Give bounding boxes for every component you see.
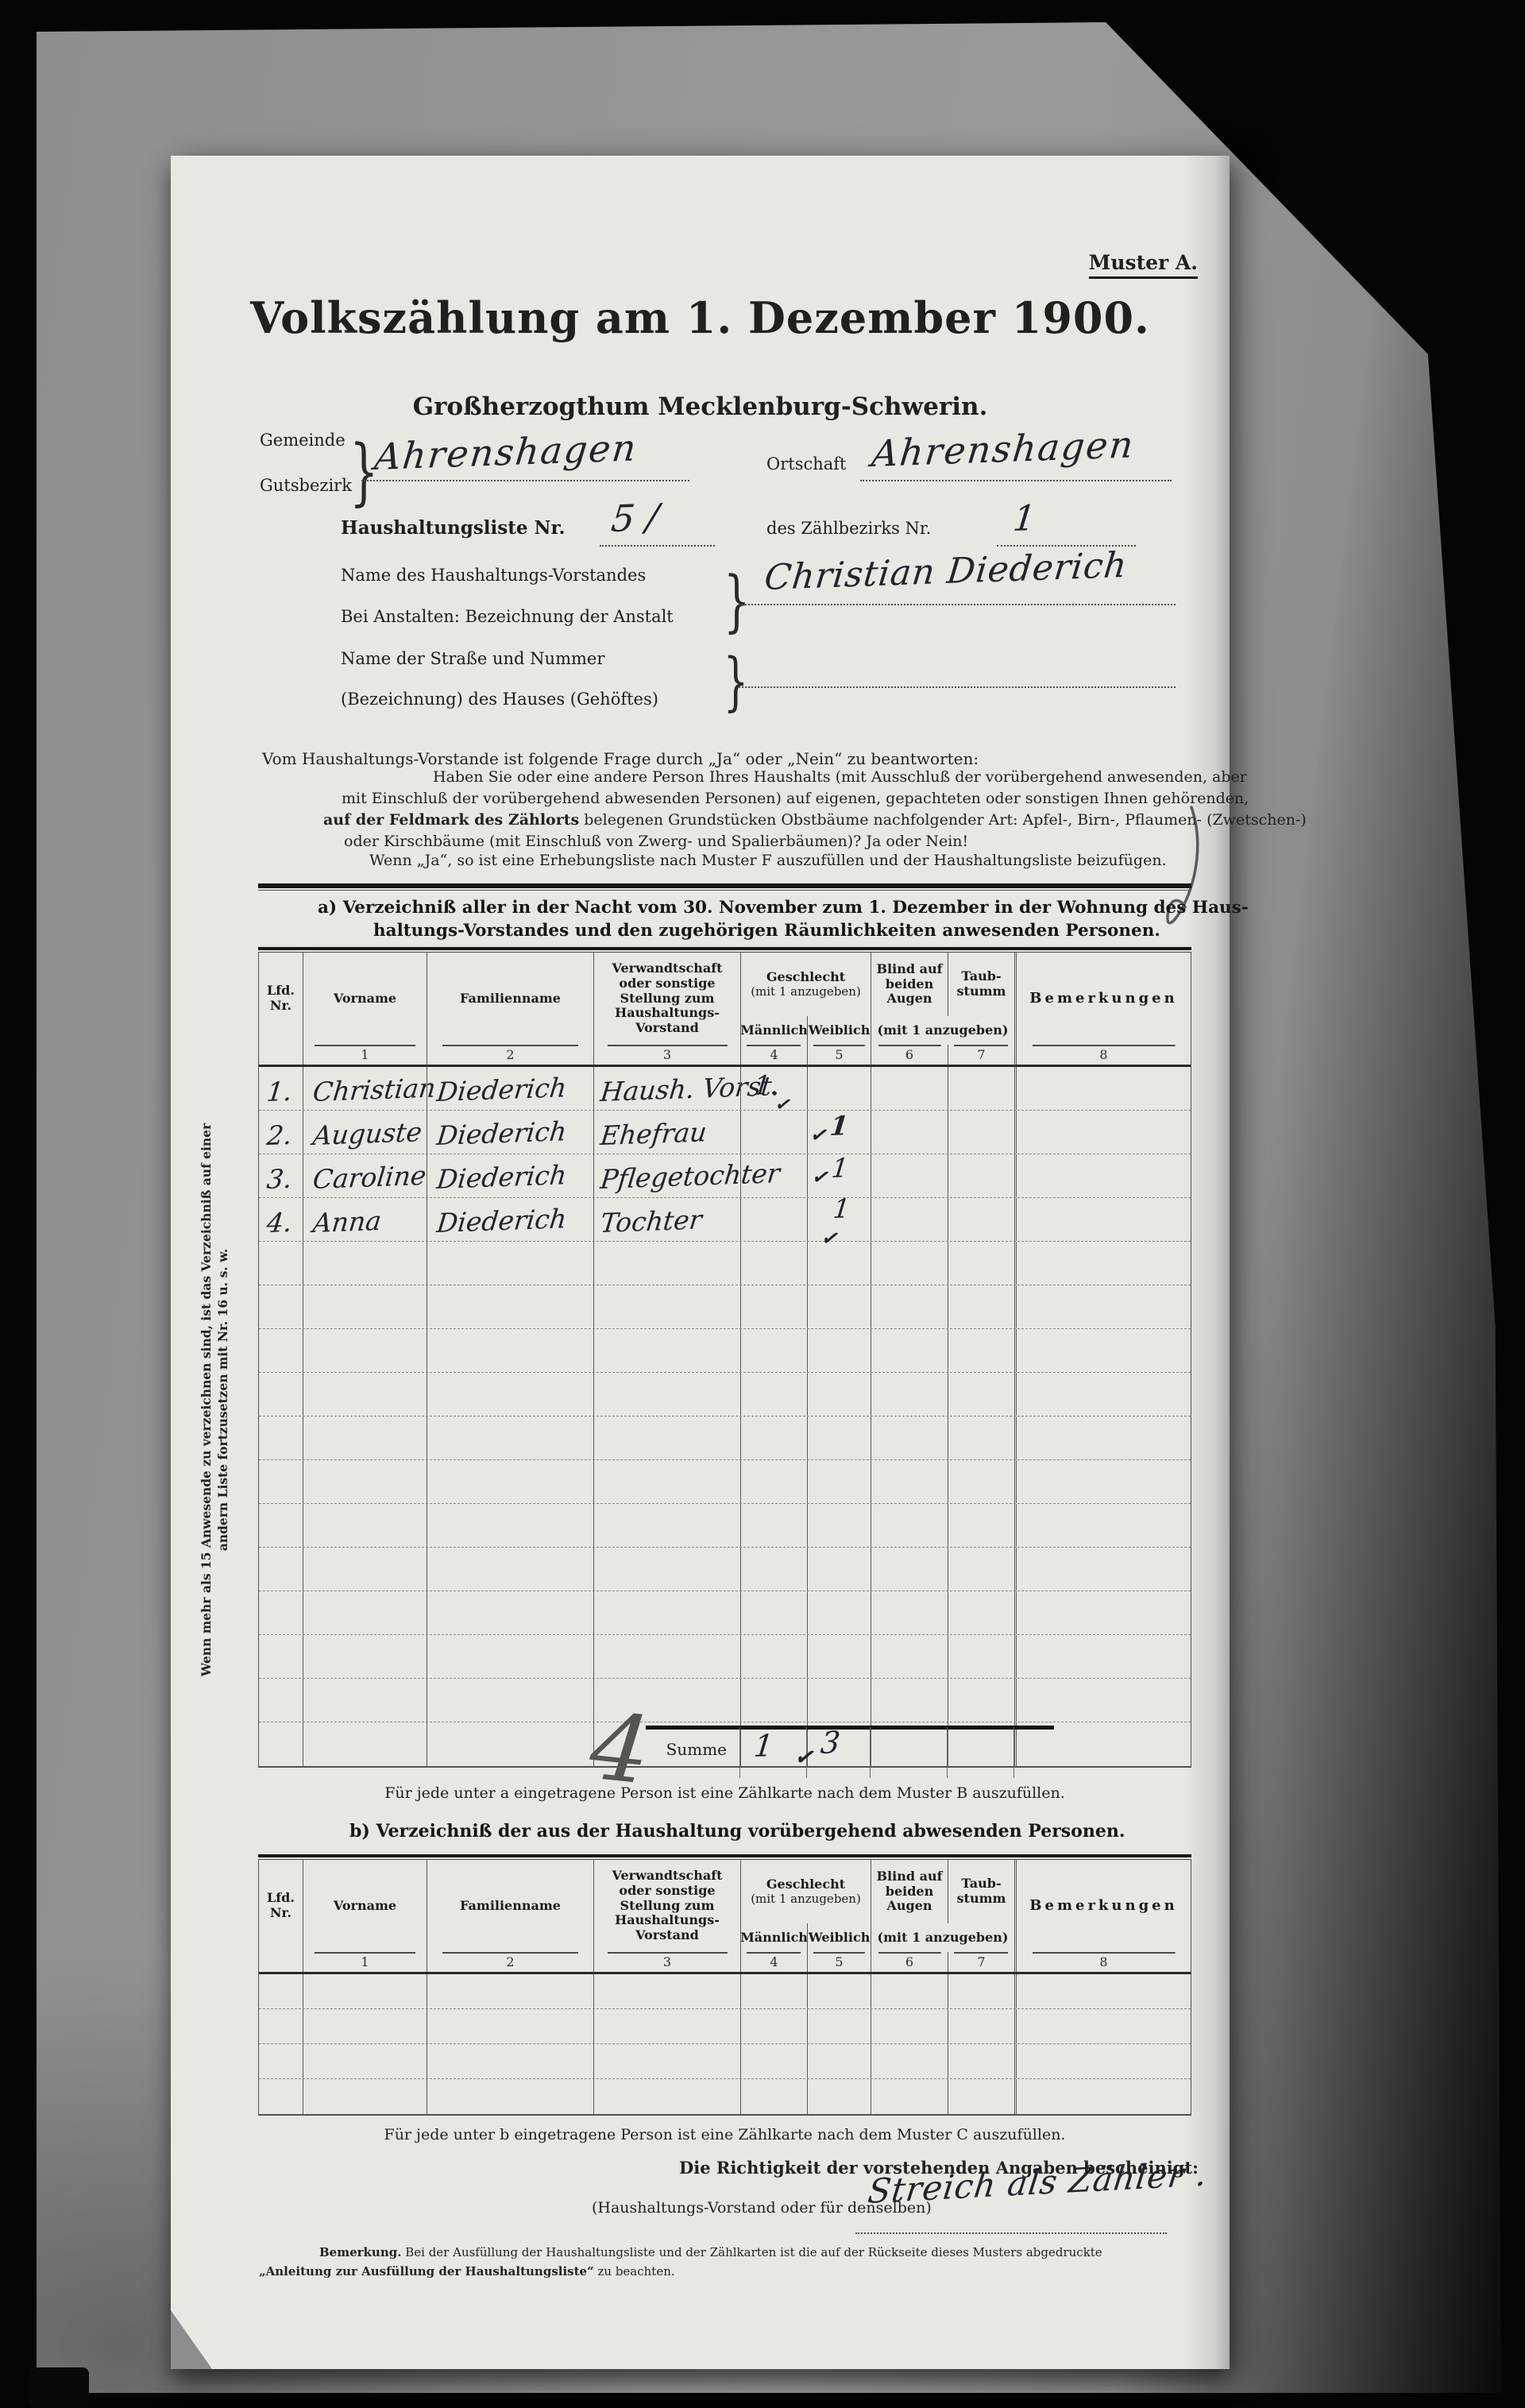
handwritten-lfd-nr: 2. <box>265 1119 294 1151</box>
dotted-line <box>361 480 689 481</box>
cell-familienname <box>427 1373 593 1416</box>
cell-weiblich <box>807 1548 871 1591</box>
table-row-empty <box>259 1548 1191 1591</box>
gemeinde-label: Gemeinde <box>260 431 346 450</box>
col-header-verwandtschaft: Verwandtschaft oder sonstige Stellung zu… <box>593 1860 740 1952</box>
cell-bemerkungen <box>1014 1154 1191 1197</box>
cell-familienname: Diederich <box>427 1067 593 1110</box>
remark-bold-title: „Anleitung zur Ausfüllung der Haushaltun… <box>259 2264 594 2279</box>
cell-vorname <box>303 1591 427 1634</box>
table-row-empty <box>259 1635 1191 1679</box>
note-under-table-a: Für jede unter a eingetragene Person ist… <box>258 1784 1191 1802</box>
margin-note-line: Wenn mehr als 15 Anwesende zu verzeichne… <box>198 1074 214 1726</box>
summe-column-line <box>947 1727 948 1778</box>
col-header-blind: Blind auf beiden Augen <box>871 953 948 1016</box>
col-header-verwandtschaft: Verwandtschaft oder sonstige Stellung zu… <box>593 953 740 1045</box>
handwritten-gemeinde: Ahrenshagen <box>373 426 639 478</box>
cell-lfd: 1. <box>259 1067 303 1110</box>
cell-familienname <box>427 1679 593 1722</box>
cell-familienname: Diederich <box>427 1198 593 1241</box>
handwritten-vorname: Christian <box>311 1072 438 1107</box>
check-mark: ✓ <box>809 1165 833 1191</box>
haus-label: (Bezeichnung) des Hauses (Gehöftes) <box>341 690 658 709</box>
header-text: Lfd. <box>267 1890 295 1905</box>
cell-lfd <box>259 1373 303 1416</box>
dotted-line <box>600 545 715 547</box>
cell-stellung <box>593 1591 740 1634</box>
header-subtext: (mit 1 anzugeben) <box>751 1892 861 1907</box>
table-anwesende: Lfd.Nr. Vorname Familienname Verwandtsch… <box>258 947 1191 1768</box>
section-b-heading: b) Verzeichniß der aus der Haushaltung v… <box>349 1821 1125 1842</box>
cell-bemerkungen <box>1014 1591 1191 1634</box>
number-cell: 6 <box>871 1952 948 1972</box>
question-intro: Vom Haushaltungs-Vorstande ist folgende … <box>262 749 979 768</box>
cell-bemerkungen <box>1014 2009 1191 2043</box>
cell-weiblich <box>807 1242 871 1285</box>
table-b-number-row: 1 2 3 4 5 6 7 8 <box>259 1952 1191 1974</box>
cell-familienname <box>427 1974 593 2008</box>
handwritten-lfd-nr: 3. <box>265 1163 294 1195</box>
cell-blind <box>871 1242 948 1285</box>
cell-blind <box>871 1373 948 1416</box>
col-header-geschlecht: Geschlecht(mit 1 anzugeben) <box>740 953 871 1016</box>
cell-taubstumm <box>948 1067 1014 1110</box>
cell-vorname: Caroline <box>303 1154 427 1197</box>
number-cell: 7 <box>948 1045 1014 1065</box>
cell-blind <box>871 1067 948 1110</box>
cell-lfd: 3. <box>259 1154 303 1197</box>
cell-stellung <box>593 2009 740 2043</box>
anstalt-label: Bei Anstalten: Bezeichnung der Anstalt <box>341 607 674 626</box>
cell-maennlich <box>740 1591 807 1634</box>
remark-text: Bei der Ausfüllung der Haushaltungsliste… <box>401 2245 1102 2259</box>
cell-weiblich <box>807 2009 871 2043</box>
margin-note-vertical: Wenn mehr als 15 Anwesende zu verzeichne… <box>198 1074 236 1726</box>
heading-text: zum <box>817 898 869 918</box>
col-header-vorname: Vorname <box>303 1860 427 1952</box>
cell-taubstumm <box>948 1548 1014 1591</box>
cell-weiblich <box>807 2044 871 2078</box>
cell-taubstumm <box>948 1460 1014 1503</box>
cell-stellung <box>593 1460 740 1503</box>
cell-maennlich <box>740 1417 807 1459</box>
col-header-mit1-anzugeben: (mit 1 anzugeben) <box>871 1923 1014 1952</box>
table-a-frame: Lfd.Nr. Vorname Familienname Verwandtsch… <box>258 952 1191 1768</box>
table-row-empty <box>259 1285 1191 1329</box>
cell-vorname <box>303 1417 427 1459</box>
scanner-artifact <box>29 2367 89 2408</box>
cell-blind <box>871 1548 948 1591</box>
cell-taubstumm <box>948 1154 1014 1197</box>
cell-maennlich <box>740 1329 807 1372</box>
heading-text: Personen. <box>1022 1821 1125 1842</box>
cell-bemerkungen <box>1014 1242 1191 1285</box>
cell-bemerkungen <box>1014 1548 1191 1591</box>
cell-bemerkungen <box>1014 1974 1191 2008</box>
handwritten-weiblich: 1 <box>830 1152 850 1184</box>
table-row-empty <box>259 1504 1191 1548</box>
table-a-number-row: 1 2 3 4 5 6 7 8 <box>259 1045 1191 1067</box>
cell-vorname <box>303 1329 427 1372</box>
cell-blind <box>871 1154 948 1197</box>
cell-maennlich <box>740 1373 807 1416</box>
heading-text: b) Verzeichniß der aus der Haushaltung v… <box>349 1821 902 1842</box>
summe-column-line <box>870 1727 871 1778</box>
census-form-page: Muster A. Volkszählung am 1. Dezember 19… <box>171 156 1230 2369</box>
table-row-person-4: 4. Anna Diederich Tochter 1✓ <box>259 1198 1191 1242</box>
table-row-empty <box>259 2009 1191 2044</box>
summe-heavy-rule <box>646 1726 1054 1730</box>
cell-blind <box>871 1679 948 1722</box>
cell-vorname <box>303 1504 427 1547</box>
cell-maennlich <box>740 1198 807 1241</box>
remark-text: zu beachten. <box>594 2264 675 2279</box>
cell-lfd <box>259 1329 303 1372</box>
cell-maennlich <box>740 1635 807 1678</box>
cell-weiblich <box>807 1974 871 2008</box>
paper-edge-shadow <box>1183 156 1230 2369</box>
col-header-taubstumm: Taub-stumm <box>948 1860 1014 1923</box>
heading-text: a) Verzeichniß aller in der Nacht vom <box>318 898 683 918</box>
margin-note-line: andern Liste fortzusetzen mit Nr. 16 u. … <box>214 1074 231 1726</box>
cell-vorname <box>303 1974 427 2008</box>
cell-weiblich <box>807 1591 871 1634</box>
handwritten-familienname: Diederich <box>435 1159 568 1195</box>
table-a-header: Lfd.Nr. Vorname Familienname Verwandtsch… <box>259 953 1191 1045</box>
paper-corner-fold <box>171 2310 212 2369</box>
cell-lfd <box>259 2044 303 2078</box>
cell-familienname <box>427 1329 593 1372</box>
cell-blind <box>871 1974 948 2008</box>
cell-familienname <box>427 2009 593 2043</box>
header-text: Geschlecht <box>766 1877 845 1892</box>
cell-vorname <box>303 1548 427 1591</box>
handwritten-ortschaft: Ahrenshagen <box>870 423 1137 475</box>
cell-maennlich <box>740 1460 807 1503</box>
form-model-label: Muster A. <box>1089 251 1198 279</box>
handwritten-vorname: Anna <box>311 1205 383 1239</box>
handwritten-liste-nr: 5 ∕ <box>609 496 661 540</box>
cell-maennlich <box>740 1679 807 1722</box>
table-row-empty <box>259 2044 1191 2079</box>
col-header-lfd-nr: Lfd.Nr. <box>259 953 303 1045</box>
cell-taubstumm <box>948 1198 1014 1241</box>
cell-lfd <box>259 2009 303 2043</box>
number-cell: 1 <box>303 1045 427 1065</box>
cell-stellung <box>593 1329 740 1372</box>
cell-maennlich <box>740 1154 807 1197</box>
heading-bold: anwesenden Personen. <box>942 921 1160 941</box>
cell-taubstumm <box>948 2009 1014 2043</box>
cell-bemerkungen <box>1014 1373 1191 1416</box>
scanned-document: Muster A. Volkszählung am 1. Dezember 19… <box>0 0 1525 2408</box>
handwritten-summe-maennlich: 1 <box>752 1728 775 1764</box>
cell-blind <box>871 1198 948 1241</box>
handwritten-lfd-nr: 4. <box>265 1207 294 1239</box>
cell-vorname <box>303 1679 427 1722</box>
cell-taubstumm <box>948 1329 1014 1372</box>
table-row-person-2: 2. Auguste Diederich Ehefrau ✓1 <box>259 1111 1191 1154</box>
cell-stellung <box>593 2079 740 2114</box>
handwritten-zaehlbezirk-nr: 1 <box>1011 498 1037 539</box>
heading-date: 1. Dezember <box>868 898 988 918</box>
cell-taubstumm <box>948 2044 1014 2078</box>
question-line: mit Einschluß der vorübergehend abwesend… <box>342 790 1249 807</box>
cell-weiblich <box>807 1329 871 1372</box>
number-cell: 8 <box>1014 1952 1191 1972</box>
number-cell <box>259 1952 303 1972</box>
cell-stellung <box>593 1548 740 1591</box>
cell-taubstumm <box>948 1974 1014 2008</box>
ortschaft-label: Ortschaft <box>766 454 847 473</box>
cell-familienname: Diederich <box>427 1111 593 1154</box>
cell-blind <box>871 1417 948 1459</box>
remark-bold-lead: Bemerkung. <box>319 2245 401 2259</box>
header-text: Nr. <box>270 1905 291 1920</box>
number-cell: 7 <box>948 1952 1014 1972</box>
cell-bemerkungen <box>1014 1635 1191 1678</box>
handwritten-familienname: Diederich <box>435 1115 568 1151</box>
cell-weiblich <box>807 1460 871 1503</box>
cell-stellung <box>593 1504 740 1547</box>
cell-weiblich <box>807 1504 871 1547</box>
cell-weiblich <box>807 1679 871 1722</box>
col-header-bemerkungen: Bemerkungen <box>1014 1860 1191 1952</box>
cell-vorname <box>303 2009 427 2043</box>
cell-bemerkungen <box>1014 1417 1191 1459</box>
number-cell: 8 <box>1014 1045 1191 1065</box>
cell-stellung <box>593 1974 740 2008</box>
cell-lfd <box>259 1242 303 1285</box>
cell-weiblich: ✓1 <box>807 1154 871 1197</box>
table-row-empty <box>259 1974 1191 2009</box>
gutsbezirk-label: Gutsbezirk <box>260 476 352 495</box>
cell-weiblich <box>807 1067 871 1110</box>
cell-blind <box>871 1329 948 1372</box>
cell-blind <box>871 2044 948 2078</box>
check-mark: ✓ <box>808 1123 832 1149</box>
col-header-vorname: Vorname <box>303 953 427 1045</box>
form-subtitle: Großherzogthum Mecklenburg-Schwerin. <box>171 392 1230 421</box>
table-b-header: Lfd.Nr. Vorname Familienname Verwandtsch… <box>259 1860 1191 1952</box>
table-b-frame: Lfd.Nr. Vorname Familienname Verwandtsch… <box>258 1859 1191 2116</box>
table-row-empty <box>259 1460 1191 1504</box>
cell-vorname <box>303 1635 427 1678</box>
cell-weiblich <box>807 1635 871 1678</box>
number-cell: 5 <box>807 1952 871 1972</box>
cell-taubstumm <box>948 1591 1014 1634</box>
cell-familienname <box>427 1285 593 1328</box>
cell-blind <box>871 1111 948 1154</box>
cell-taubstumm <box>948 1285 1014 1328</box>
cell-bemerkungen <box>1014 1111 1191 1154</box>
heading-bold: abwesenden <box>902 1821 1021 1842</box>
cell-bemerkungen <box>1014 1504 1191 1547</box>
col-header-blind: Blind auf beiden Augen <box>871 1860 948 1923</box>
table-row-empty <box>259 1679 1191 1722</box>
cell-lfd <box>259 1285 303 1328</box>
remark-line2: „Anleitung zur Ausfüllung der Haushaltun… <box>259 2264 675 2279</box>
cell-vorname <box>303 1460 427 1503</box>
handwritten-familienname: Diederich <box>435 1072 568 1107</box>
cell-familienname: Diederich <box>427 1154 593 1197</box>
col-header-familienname: Familienname <box>427 1860 593 1952</box>
cell-familienname <box>427 2079 593 2114</box>
cell-weiblich <box>807 1417 871 1459</box>
handwritten-stellung: Ehefrau <box>599 1116 708 1151</box>
cell-bemerkungen <box>1014 1460 1191 1503</box>
cell-lfd <box>259 1679 303 1722</box>
dotted-line <box>855 2232 1167 2234</box>
col-header-bemerkungen: Bemerkungen <box>1014 953 1191 1045</box>
table-abwesende: Lfd.Nr. Vorname Familienname Verwandtsch… <box>258 1854 1191 2116</box>
section-divider-rule <box>258 883 1191 888</box>
cell-blind <box>871 1635 948 1678</box>
number-cell: 2 <box>427 1045 593 1065</box>
handwritten-maennlich: 1. <box>752 1069 781 1101</box>
cell-familienname <box>427 1504 593 1547</box>
summe-column-line <box>1013 1727 1014 1778</box>
question-bold-phrase: auf der Feldmark des Zählorts <box>323 811 579 829</box>
cell-weiblich: 1✓ <box>807 1198 871 1241</box>
table-row-empty <box>259 1329 1191 1373</box>
cell-taubstumm <box>948 1242 1014 1285</box>
cell-vorname <box>303 1373 427 1416</box>
handwritten-vorname: Caroline <box>311 1160 427 1195</box>
cell-maennlich <box>740 2044 807 2078</box>
cell-vorname: Auguste <box>303 1111 427 1154</box>
cell-stellung: Tochter <box>593 1198 740 1241</box>
heading-date: 30. November <box>683 898 817 918</box>
heading-text: haltungs-Vorstandes und den zugehörigen … <box>373 921 942 941</box>
summe-row: Summe 4 1 ✓ 3 <box>258 1727 1191 1778</box>
number-cell: 1 <box>303 1952 427 1972</box>
form-title: Volkszählung am 1. Dezember 1900. <box>171 292 1230 343</box>
cell-stellung <box>593 2044 740 2078</box>
col-header-maennlich: Männlich <box>740 1923 807 1952</box>
cell-blind <box>871 1285 948 1328</box>
cell-bemerkungen <box>1014 1285 1191 1328</box>
number-cell <box>259 1045 303 1065</box>
haushaltungsliste-label: Haushaltungsliste Nr. <box>341 517 566 539</box>
cell-stellung: Ehefrau <box>593 1111 740 1154</box>
question-note: Wenn „Ja“, so ist eine Erhebungsliste na… <box>369 852 1167 869</box>
table-row-empty <box>259 1242 1191 1285</box>
table-row-empty <box>259 1417 1191 1460</box>
question-line: oder Kirschbäume (mit Einschluß von Zwer… <box>344 833 968 850</box>
number-cell: 3 <box>593 1045 740 1065</box>
cell-maennlich <box>740 2079 807 2114</box>
cell-lfd <box>259 1417 303 1459</box>
dotted-line <box>739 686 1176 688</box>
cell-maennlich <box>740 2009 807 2043</box>
col-header-taubstumm: Taub-stumm <box>948 953 1014 1016</box>
cell-lfd <box>259 2079 303 2114</box>
header-subtext: (mit 1 anzugeben) <box>751 985 861 999</box>
cell-lfd <box>259 1974 303 2008</box>
handwritten-familienname: Diederich <box>435 1203 568 1239</box>
note-under-table-b: Für jede unter b eingetragene Person ist… <box>258 2126 1191 2143</box>
cell-taubstumm <box>948 1635 1014 1678</box>
section-a-heading-line2: haltungs-Vorstandes und den zugehörigen … <box>373 921 1160 941</box>
cell-stellung <box>593 1373 740 1416</box>
cell-bemerkungen <box>1014 1198 1191 1241</box>
cell-bemerkungen <box>1014 1067 1191 1110</box>
handwritten-lfd-nr: 1. <box>265 1076 294 1107</box>
cell-taubstumm <box>948 1417 1014 1459</box>
col-header-maennlich: Männlich <box>740 1016 807 1045</box>
number-cell: 5 <box>807 1045 871 1065</box>
cell-lfd: 2. <box>259 1111 303 1154</box>
cell-familienname <box>427 1417 593 1459</box>
handwritten-weiblich: 1 <box>828 1110 850 1142</box>
cell-familienname <box>427 1591 593 1634</box>
cell-maennlich <box>740 1548 807 1591</box>
col-header-weiblich: Weiblich <box>807 1016 871 1045</box>
number-cell: 3 <box>593 1952 740 1972</box>
cell-blind <box>871 2079 948 2114</box>
cell-taubstumm <box>948 1679 1014 1722</box>
cell-blind <box>871 1591 948 1634</box>
cell-blind <box>871 1460 948 1503</box>
cell-stellung: Pflegetochter <box>593 1154 740 1197</box>
cell-vorname: Christian <box>303 1067 427 1110</box>
col-header-geschlecht: Geschlecht(mit 1 anzugeben) <box>740 1860 871 1923</box>
table-row-empty <box>259 2079 1191 2114</box>
cell-vorname <box>303 1242 427 1285</box>
dotted-line <box>860 480 1172 481</box>
handwritten-summe-weiblich: 3 <box>819 1725 842 1761</box>
cell-vorname <box>303 1285 427 1328</box>
cell-lfd <box>259 1548 303 1591</box>
col-header-familienname: Familienname <box>427 953 593 1045</box>
cell-maennlich <box>740 1974 807 2008</box>
number-cell: 4 <box>740 1045 807 1065</box>
cell-stellung <box>593 1285 740 1328</box>
handwritten-vorstand-name: Christian Diederich <box>762 545 1129 598</box>
cell-maennlich <box>740 1242 807 1285</box>
cell-maennlich <box>740 1285 807 1328</box>
header-text: Geschlecht <box>766 970 845 985</box>
cell-blind <box>871 1504 948 1547</box>
cell-bemerkungen <box>1014 2079 1191 2114</box>
table-row-empty <box>259 1591 1191 1635</box>
cell-lfd <box>259 1635 303 1678</box>
handwritten-stellung: Tochter <box>599 1204 704 1239</box>
cell-maennlich: 1.✓ <box>740 1067 807 1110</box>
brace-glyph: } <box>724 650 749 713</box>
cell-vorname: Anna <box>303 1198 427 1241</box>
cell-stellung <box>593 1417 740 1459</box>
cell-taubstumm <box>948 1111 1014 1154</box>
header-text: Lfd. <box>267 983 295 998</box>
section-a-heading-line1: a) Verzeichniß aller in der Nacht vom 30… <box>318 898 1249 918</box>
brace-glyph: } <box>724 567 750 634</box>
cell-vorname <box>303 2079 427 2114</box>
cell-stellung: Haush. Vorst. <box>593 1067 740 1110</box>
cell-taubstumm <box>948 1373 1014 1416</box>
cell-maennlich <box>740 1111 807 1154</box>
strasse-label: Name der Straße und Nummer <box>341 649 604 668</box>
cell-bemerkungen <box>1014 2044 1191 2078</box>
question-line: Haben Sie oder eine andere Person Ihres … <box>433 768 1247 786</box>
col-header-mit1-anzugeben: (mit 1 anzugeben) <box>871 1016 1014 1045</box>
cell-familienname <box>427 1242 593 1285</box>
vorstand-name-label: Name des Haushaltungs-Vorstandes <box>341 566 646 585</box>
cell-bemerkungen <box>1014 1329 1191 1372</box>
cell-bemerkungen <box>1014 1679 1191 1722</box>
cell-lfd <box>259 1591 303 1634</box>
